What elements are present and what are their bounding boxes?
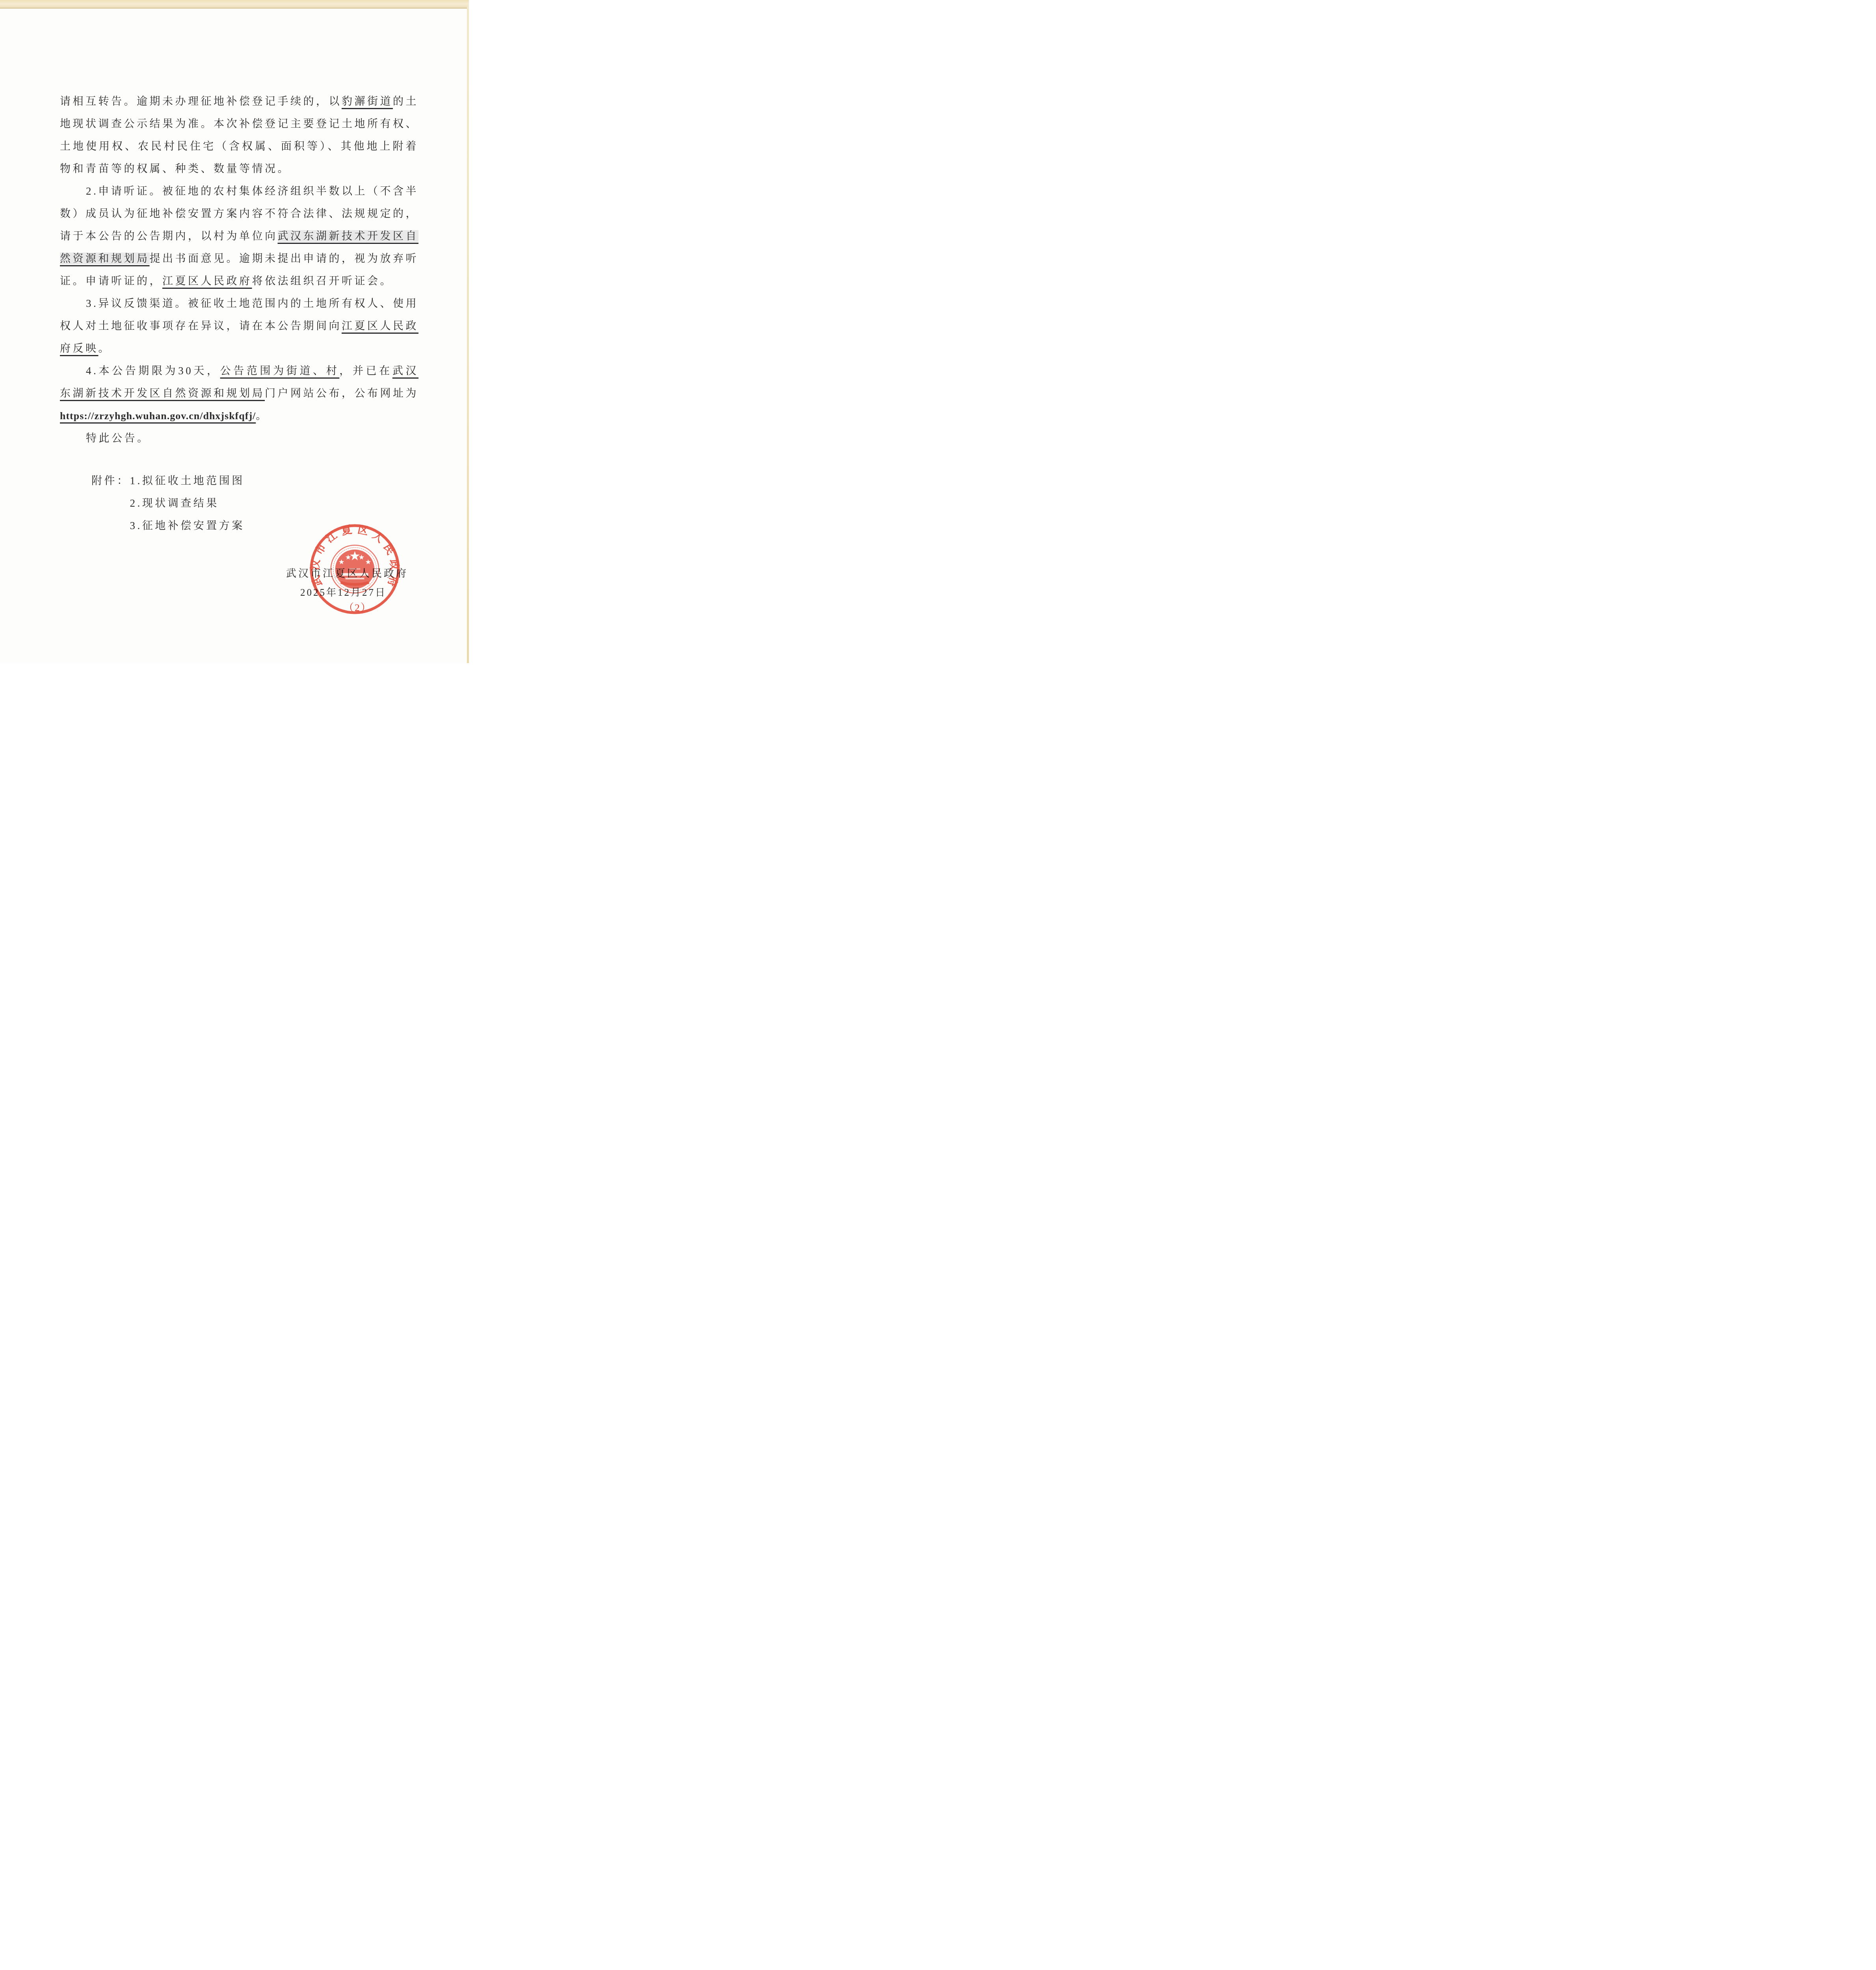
text-run: 4.本公告期限为30天，: [86, 365, 220, 377]
text-run: ，并已在: [339, 365, 392, 377]
paragraph-3: 3.异议反馈渠道。被征收土地范围内的土地所有权人、使用权人对土地征收事项存在异议…: [60, 292, 418, 360]
attachment-item-1: 1.拟征收土地范围图: [130, 470, 245, 492]
announcement-body: 请相互转告。逾期未办理征地补偿登记手续的，以豹澥街道的土地现状调查公示结果为准。…: [0, 0, 469, 537]
underlined-text: https://zrzyhgh.wuhan.gov.cn/dhxjskfqfj/: [60, 410, 256, 422]
underlined-text: 公告范围为街道、村: [220, 365, 340, 377]
paragraph-2: 2.申请听证。被征地的农村集体经济组织半数以上（不含半数）成员认为征地补偿安置方…: [60, 180, 418, 292]
paragraphs-container: 请相互转告。逾期未办理征地补偿登记手续的，以豹澥街道的土地现状调查公示结果为准。…: [60, 90, 418, 450]
text-run: 。: [99, 342, 112, 354]
text-run: 将依法组织召开听证会。: [252, 275, 393, 287]
text-run: 门户网站公布，公布网址为: [265, 387, 418, 399]
national-emblem-icon: [335, 550, 375, 589]
text-run: 。: [256, 410, 269, 422]
underlined-text: 江夏区人民政府: [162, 275, 252, 287]
paragraph-1: 请相互转告。逾期未办理征地补偿登记手续的，以豹澥街道的土地现状调查公示结果为准。…: [60, 90, 418, 180]
attachments-list: 1.拟征收土地范围图2.现状调查结果3.征地补偿安置方案: [130, 470, 245, 537]
paragraph-4: 4.本公告期限为30天，公告范围为街道、村，并已在武汉东湖新技术开发区自然资源和…: [60, 360, 418, 427]
attachment-item-2: 2.现状调查结果: [130, 492, 245, 515]
underlined-text: 豹澥街道: [342, 95, 393, 107]
attachments-label: 附件：: [91, 470, 130, 492]
page-number: （2）: [344, 600, 372, 614]
attachment-item-3: 3.征地补偿安置方案: [130, 515, 245, 537]
text-run: 的土地现状调查公示结果为准。本次补偿登记主要登记土地所有权、土地使用权、农民村民…: [60, 95, 418, 175]
paragraph-5: 特此公告。: [60, 427, 418, 450]
text-run: 请相互转告。逾期未办理征地补偿登记手续的，以: [60, 95, 342, 107]
text-run: 特此公告。: [86, 432, 150, 444]
scanned-document-page: 请相互转告。逾期未办理征地补偿登记手续的，以豹澥街道的土地现状调查公示结果为准。…: [0, 0, 469, 663]
